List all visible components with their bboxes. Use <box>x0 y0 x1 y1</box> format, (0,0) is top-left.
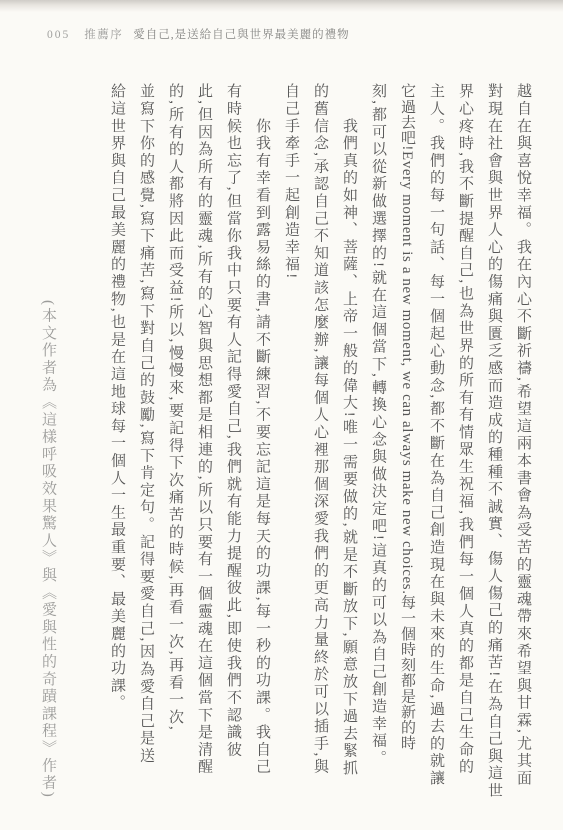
text-column: 我們真的如神、菩薩、上帝一般的偉大!唯一需要做的,就是不斷放下,願意放下過去緊抓 <box>334 83 363 827</box>
text-column: 給這世界與自己最美麗的禮物,也是在這地球每一個人一生最重要、最美麗的功課。 <box>102 83 131 827</box>
text-column: 自己手牽手一起創造幸福! <box>276 83 305 827</box>
page-header: 005 推薦序 愛自己,是送給自己與世界最美麗的禮物 <box>47 26 350 42</box>
page-top-shadow <box>0 0 563 12</box>
text-column: 此,但因為所有的靈魂,所有的心智與思想都是相連的,所以只要有一個靈魂在這個當下是… <box>189 83 218 827</box>
text-column: 對現在社會與世界人心的傷痛與匱乏感而造成的種種不誠實、傷人傷己的痛苦!在為自己與… <box>479 83 508 827</box>
text-column: 的,所有的人都將因此而受益!所以,慢慢來,要記得下次痛苦的時候,再看一次,再看一… <box>160 83 189 827</box>
preface-body-text: 越自在與喜悅幸福。我在內心不斷祈禱,希望這兩本書會為受苦的靈魂帶來希望與甘霖,尤… <box>33 83 537 827</box>
section-label: 推薦序 <box>84 26 123 42</box>
text-column: 越自在與喜悅幸福。我在內心不斷祈禱,希望這兩本書會為受苦的靈魂帶來希望與甘霖,尤… <box>508 83 537 827</box>
text-column: 它過去吧!Every moment is a new moment, we ca… <box>392 83 421 827</box>
text-column: 刻,都可以從新做選擇的!就在這個當下,轉換心念與做決定吧!這真的可以為自己創造幸… <box>363 83 392 827</box>
text-column: 有時候也忘了,但當你我中只要有人記得愛自己,我們就有能力提醒彼此,即使我們不認識… <box>218 83 247 827</box>
text-column: 界心疼時,我不斷提醒自己,也為世界的所有有情眾生祝福,我們每一個人真的都是自己生… <box>450 83 479 827</box>
book-page: 005 推薦序 愛自己,是送給自己與世界最美麗的禮物 越自在與喜悅幸福。我在內心… <box>0 0 563 830</box>
author-attribution: (本文作者為《這樣呼吸效果驚人》與《愛與性的奇蹟課程》作者) <box>33 83 62 827</box>
text-column: 主人。我們的每一句話、每一個起心動念,都不斷在為自己創造現在與未來的生命,過去的… <box>421 83 450 827</box>
text-column: 並寫下你的感覺,寫下痛苦,寫下對自己的鼓勵,寫下肯定句。記得要愛自己,因為愛自己… <box>131 83 160 827</box>
text-column: 的舊信念,承認自己不知道該怎麼辦,讓每個人心裡那個深愛我們的更高力量終於可以插手… <box>305 83 334 827</box>
text-column: 你我有幸看到露易絲的書,請不斷練習,不要忘記這是每天的功課,每一秒的功課。我自己 <box>247 83 276 827</box>
page-number: 005 <box>47 29 70 41</box>
chapter-title: 愛自己,是送給自己與世界最美麗的禮物 <box>133 26 349 42</box>
